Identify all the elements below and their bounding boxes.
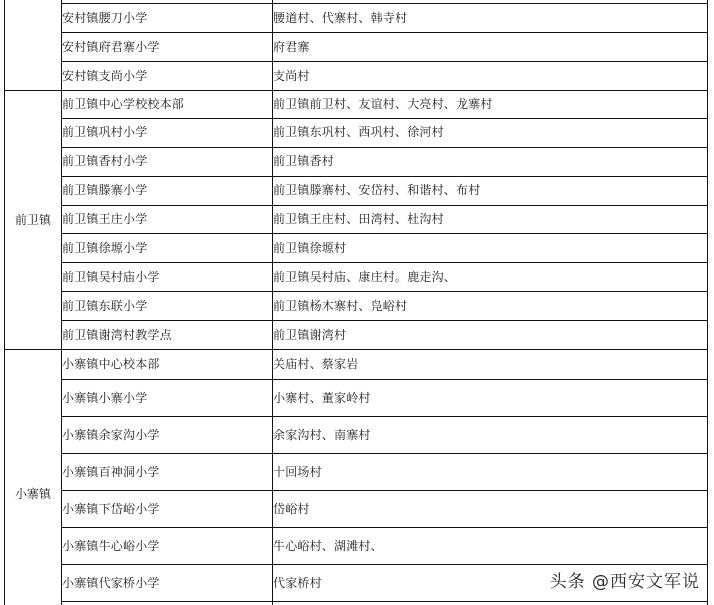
school-name: 安村镇府君寨小学 xyxy=(62,40,160,54)
village-list: 前卫镇谢湾村 xyxy=(273,328,346,342)
row-divider xyxy=(61,262,708,263)
village-list: 代家桥村 xyxy=(273,576,322,590)
school-name: 前卫镇香村小学 xyxy=(62,154,147,168)
row-divider xyxy=(61,527,708,528)
row-divider xyxy=(61,291,708,292)
village-list: 关庙村、蔡家岩 xyxy=(273,357,358,371)
school-name: 安村镇腰刀小学 xyxy=(62,11,147,25)
village-list: 前卫镇香村 xyxy=(273,154,334,168)
village-list: 前卫镇滕寨村、安岱村、和谐村、布村 xyxy=(273,183,480,197)
group-divider xyxy=(4,90,708,91)
row-divider xyxy=(61,118,708,119)
row-divider xyxy=(61,601,708,602)
village-list: 前卫镇东巩村、西巩村、徐河村 xyxy=(273,125,444,139)
school-name: 安村镇支尚小学 xyxy=(62,69,147,83)
school-district-table: 安村镇腰刀小学 腰道村、代寨村、韩寺村 安村镇府君寨小学 府君寨 安村镇支尚小学… xyxy=(0,0,714,605)
school-name: 前卫镇东联小学 xyxy=(62,299,147,313)
village-list: 府君寨 xyxy=(273,40,310,54)
school-name: 小寨镇下岱峪小学 xyxy=(62,502,160,516)
school-name: 前卫镇巩村小学 xyxy=(62,125,147,139)
school-name: 小寨镇代家桥小学 xyxy=(62,576,160,590)
village-list: 余家沟村、南寨村 xyxy=(273,428,371,442)
school-name: 前卫镇徐塬小学 xyxy=(62,241,147,255)
school-name: 小寨镇中心校本部 xyxy=(62,357,160,371)
village-list: 前卫镇吴村庙、康庄村。鹿走沟、 xyxy=(273,270,456,284)
school-name: 小寨镇牛心峪小学 xyxy=(62,539,160,553)
row-divider xyxy=(61,320,708,321)
school-name: 前卫镇滕寨小学 xyxy=(62,183,147,197)
school-name: 前卫镇谢湾村教学点 xyxy=(62,328,172,342)
village-list: 支尚村 xyxy=(273,69,310,83)
row-divider xyxy=(61,233,708,234)
village-list: 十回场村 xyxy=(273,465,322,479)
row-divider xyxy=(61,32,708,33)
school-name: 前卫镇王庄小学 xyxy=(62,212,147,226)
row-divider xyxy=(61,416,708,417)
row-divider xyxy=(61,61,708,62)
village-list: 前卫镇徐塬村 xyxy=(273,241,346,255)
group-divider xyxy=(4,349,708,350)
row-divider xyxy=(61,453,708,454)
school-name: 小寨镇小寨小学 xyxy=(62,391,147,405)
watermark-text: 头条 @西安文军说 xyxy=(550,567,700,592)
row-divider xyxy=(61,490,708,491)
school-name: 前卫镇中心学校校本部 xyxy=(62,97,184,111)
village-list: 腰道村、代寨村、韩寺村 xyxy=(273,11,407,25)
row-divider xyxy=(61,379,708,380)
town-name: 前卫镇 xyxy=(5,213,61,227)
town-name: 小寨镇 xyxy=(5,487,61,501)
village-list: 岱峪村 xyxy=(273,502,310,516)
row-divider xyxy=(61,147,708,148)
row-divider xyxy=(61,205,708,206)
village-list: 前卫镇杨木寨村、凫峪村 xyxy=(273,299,407,313)
village-list: 前卫镇王庄村、田湾村、杜沟村 xyxy=(273,212,444,226)
village-list: 小寨村、董家岭村 xyxy=(273,391,371,405)
school-name: 小寨镇百神洞小学 xyxy=(62,465,160,479)
row-divider xyxy=(61,176,708,177)
school-name: 前卫镇吴村庙小学 xyxy=(62,270,160,284)
village-list: 牛心峪村、湖滩村、 xyxy=(273,539,383,553)
row-divider xyxy=(61,3,708,4)
village-list: 前卫镇前卫村、友谊村、大亮村、龙寨村 xyxy=(273,97,493,111)
row-divider xyxy=(61,564,708,565)
school-name: 小寨镇余家沟小学 xyxy=(62,428,160,442)
